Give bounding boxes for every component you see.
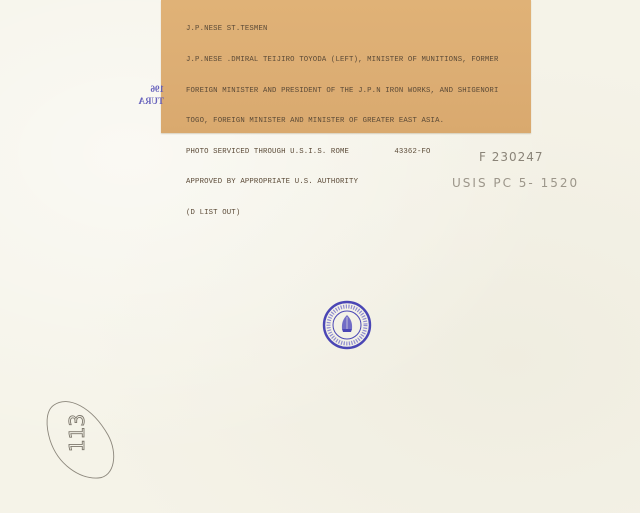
pencil-number-113: 113 (65, 414, 89, 452)
stamp-line: TURA (118, 95, 164, 107)
mirrored-ink-stamp: 196 TURA (118, 83, 164, 107)
caption-line-service: PHOTO SERVICED THROUGH U.S.I.S. ROME 433… (186, 147, 499, 157)
caption-line: J.P.NESE .DMIRAL TEIJIRO TOYODA (LEFT), … (186, 55, 499, 65)
handwritten-reference-number: F 230247 (479, 150, 544, 164)
caption-line: TOGO, FOREIGN MINISTER AND MINISTER OF G… (186, 116, 499, 126)
caption-line: FOREIGN MINISTER AND PRESIDENT OF THE J.… (186, 86, 499, 96)
caption-line-title: J.P.NESE ST.TESMEN (186, 24, 499, 34)
stamp-line: 196 (118, 83, 164, 95)
handwritten-usis-number: USIS PC 5- 1520 (452, 176, 579, 190)
caption-text: J.P.NESE ST.TESMEN J.P.NESE .DMIRAL TEIJ… (186, 4, 499, 239)
circled-pencil-number: 113 (40, 395, 120, 480)
caption-line-list: (D LIST OUT) (186, 208, 499, 218)
typed-caption-label: J.P.NESE ST.TESMEN J.P.NESE .DMIRAL TEIJ… (161, 0, 531, 133)
circular-archive-seal-icon (322, 300, 372, 350)
svg-text:113: 113 (65, 414, 89, 452)
